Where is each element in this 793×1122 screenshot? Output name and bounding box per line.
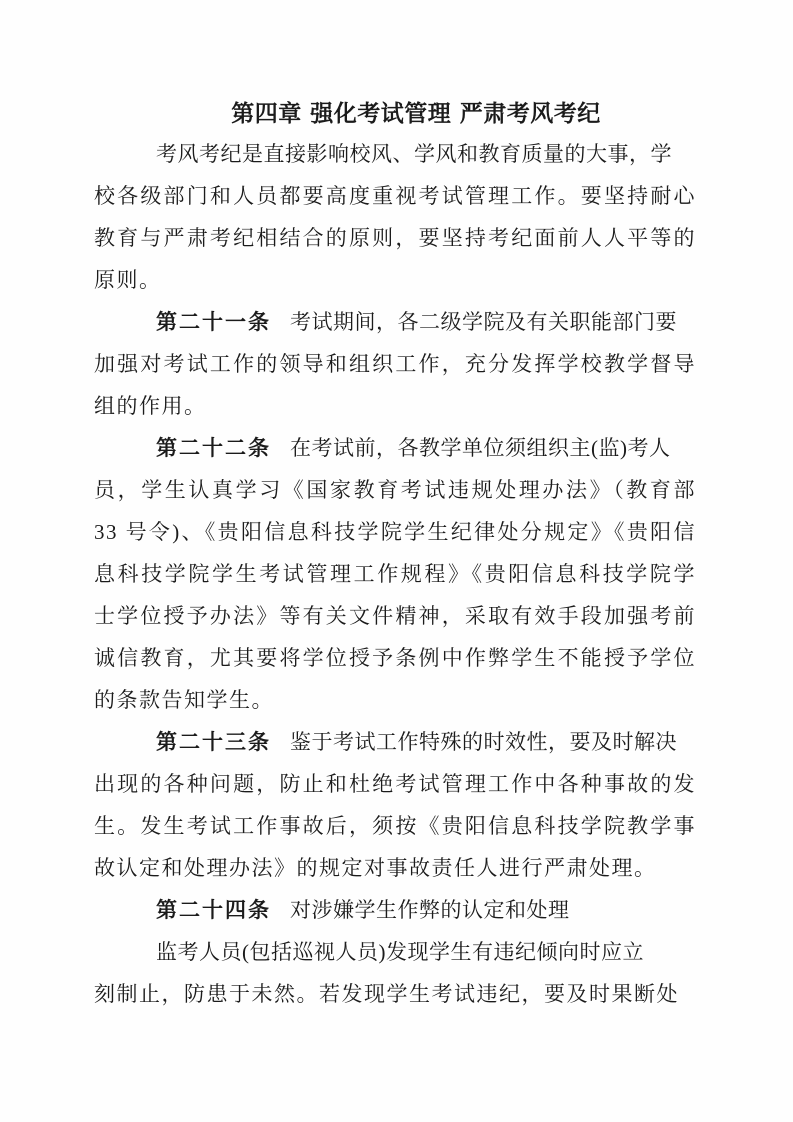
- text-run: 诚信教育，尤其要将学位授予条例中作弊学生不能授予学位: [94, 646, 696, 670]
- text-line: 出现的各种问题，防止和杜绝考试管理工作中各种事故的发: [94, 763, 696, 805]
- paragraph: 第二十一条考试期间，各二级学院及有关职能部门要加强对考试工作的领导和组织工作，充…: [94, 301, 696, 427]
- page: 第四章 强化考试管理 严肃考风考纪 考风考纪是直接影响校风、学风和教育质量的大事…: [0, 0, 793, 1122]
- text-line: 诚信教育，尤其要将学位授予条例中作弊学生不能授予学位: [94, 637, 696, 679]
- text-line: 息科技学院学生考试管理工作规程》《贵阳信息科技学院学: [94, 553, 696, 595]
- document-content: 第四章 强化考试管理 严肃考风考纪 考风考纪是直接影响校风、学风和教育质量的大事…: [94, 95, 696, 1015]
- text-run: 对涉嫌学生作弊的认定和处理: [290, 898, 570, 922]
- paragraph: 考风考纪是直接影响校风、学风和教育质量的大事，学校各级部门和人员都要高度重视考试…: [94, 133, 696, 301]
- paragraph: 第二十四条对涉嫌学生作弊的认定和处理: [94, 889, 696, 931]
- text-run: 的条款告知学生。: [94, 688, 274, 712]
- text-run: 员，学生认真学习《国家教育考试违规处理办法》（教育部: [94, 478, 696, 502]
- article-number: 第二十四条: [156, 898, 271, 922]
- text-run: 出现的各种问题，防止和杜绝考试管理工作中各种事故的发: [94, 772, 696, 796]
- paragraph: 第二十三条鉴于考试工作特殊的时效性，要及时解决出现的各种问题，防止和杜绝考试管理…: [94, 721, 696, 889]
- text-run: 在考试前，各教学单位须组织主(监)考人: [290, 436, 671, 460]
- text-run: 士学位授予办法》等有关文件精神，采取有效手段加强考前: [94, 604, 696, 628]
- text-line: 考风考纪是直接影响校风、学风和教育质量的大事，学: [94, 133, 696, 175]
- text-run: 生。发生考试工作事故后，须按《贵阳信息科技学院教学事: [94, 814, 696, 838]
- text-line: 教育与严肃考纪相结合的原则，要坚持考纪面前人人平等的: [94, 217, 696, 259]
- text-line: 刻制止，防患于未然。若发现学生考试违纪，要及时果断处: [94, 973, 696, 1015]
- text-line: 第二十三条鉴于考试工作特殊的时效性，要及时解决: [94, 721, 696, 763]
- text-line: 生。发生考试工作事故后，须按《贵阳信息科技学院教学事: [94, 805, 696, 847]
- text-run: 组的作用。: [94, 394, 207, 418]
- text-line: 第二十二条在考试前，各教学单位须组织主(监)考人: [94, 427, 696, 469]
- text-run: 考风考纪是直接影响校风、学风和教育质量的大事，学: [156, 142, 672, 166]
- text-run: 33 号令)、《贵阳信息科技学院学生纪律处分规定》《贵阳信: [94, 520, 696, 544]
- text-line: 监考人员(包括巡视人员)发现学生有违纪倾向时应立: [94, 931, 696, 973]
- paragraph: 监考人员(包括巡视人员)发现学生有违纪倾向时应立刻制止，防患于未然。若发现学生考…: [94, 931, 696, 1015]
- text-run: 鉴于考试工作特殊的时效性，要及时解决: [290, 730, 677, 754]
- text-line: 加强对考试工作的领导和组织工作，充分发挥学校教学督导: [94, 343, 696, 385]
- text-line: 士学位授予办法》等有关文件精神，采取有效手段加强考前: [94, 595, 696, 637]
- text-line: 的条款告知学生。: [94, 679, 696, 721]
- text-line: 员，学生认真学习《国家教育考试违规处理办法》（教育部: [94, 469, 696, 511]
- text-line: 第二十一条考试期间，各二级学院及有关职能部门要: [94, 301, 696, 343]
- text-run: 原则。: [94, 268, 162, 292]
- text-run: 校各级部门和人员都要高度重视考试管理工作。要坚持耐心: [94, 184, 696, 208]
- text-line: 原则。: [94, 259, 696, 301]
- article-number: 第二十一条: [156, 310, 271, 334]
- text-run: 加强对考试工作的领导和组织工作，充分发挥学校教学督导: [94, 352, 696, 376]
- article-number: 第二十二条: [156, 436, 271, 460]
- paragraph: 第二十二条在考试前，各教学单位须组织主(监)考人员，学生认真学习《国家教育考试违…: [94, 427, 696, 721]
- document-body: 考风考纪是直接影响校风、学风和教育质量的大事，学校各级部门和人员都要高度重视考试…: [94, 133, 696, 1015]
- text-run: 息科技学院学生考试管理工作规程》《贵阳信息科技学院学: [94, 562, 696, 586]
- text-run: 监考人员(包括巡视人员)发现学生有违纪倾向时应立: [156, 940, 644, 964]
- text-line: 故认定和处理办法》的规定对事故责任人进行严肃处理。: [94, 847, 696, 889]
- text-line: 校各级部门和人员都要高度重视考试管理工作。要坚持耐心: [94, 175, 696, 217]
- text-run: 故认定和处理办法》的规定对事故责任人进行严肃处理。: [94, 856, 657, 880]
- article-number: 第二十三条: [156, 730, 271, 754]
- chapter-title: 第四章 强化考试管理 严肃考风考纪: [94, 95, 696, 133]
- text-line: 第二十四条对涉嫌学生作弊的认定和处理: [94, 889, 696, 931]
- text-run: 教育与严肃考纪相结合的原则，要坚持考纪面前人人平等的: [94, 226, 696, 250]
- text-line: 33 号令)、《贵阳信息科技学院学生纪律处分规定》《贵阳信: [94, 511, 696, 553]
- text-run: 考试期间，各二级学院及有关职能部门要: [290, 310, 677, 334]
- text-line: 组的作用。: [94, 385, 696, 427]
- text-run: 刻制止，防患于未然。若发现学生考试违纪，要及时果断处: [94, 982, 679, 1006]
